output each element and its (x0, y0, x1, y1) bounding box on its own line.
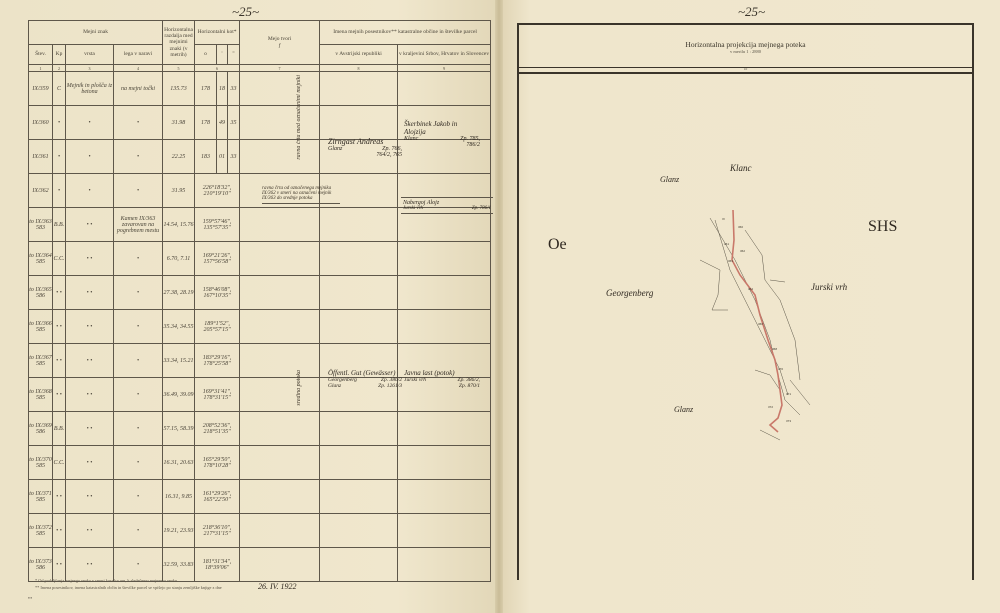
header-horiz-kot: Horizontalni kot* (195, 21, 240, 45)
cell-stev: to IX/363 583 (29, 208, 53, 242)
boundary-line (732, 210, 782, 432)
cell-sec: 35 (228, 106, 240, 140)
cell-mejo-tvori (240, 446, 320, 480)
col-index: 1 (29, 65, 53, 72)
cell-lega: Kamen IX/363 zavarovan na pogrebnem mest… (114, 208, 163, 242)
cell-dist: 33.34, 15.21 (163, 344, 195, 378)
svg-text:360: 360 (738, 225, 743, 229)
label-oe: Oe (548, 236, 567, 254)
cell-mejo-tvori (240, 72, 320, 106)
cell-kraljevina (398, 480, 491, 514)
cell-min: 18 (217, 72, 228, 106)
cell-angle: 208°52'36", 218°51'35" (195, 412, 240, 446)
cell-kraljevina (398, 242, 491, 276)
cell-lega: • (114, 446, 163, 480)
column-index-row: 1 2 3 4 5 6 7 8 9 (29, 65, 491, 72)
cell-dist: 31.95 (163, 174, 195, 208)
left-page-number: ~25~ (232, 4, 259, 20)
footnotes: * Od podaljšanja mejnega znaka v smeri k… (35, 578, 222, 592)
cell-angle: 181°31'34", 18°39'06" (195, 548, 240, 582)
cell-avstrija (320, 446, 398, 480)
cell-mejo-tvori (240, 310, 320, 344)
cell-vrsta: • • (66, 208, 114, 242)
cell-dist: 27.38, 28.19 (163, 276, 195, 310)
owner-name: Javna last (potok) (404, 369, 480, 377)
cell-dist: 36.49, 39.09 (163, 378, 195, 412)
cell-kp: C (53, 72, 66, 106)
mejo-tvori-text: sredina potoka (296, 370, 302, 406)
header-deg: o (195, 45, 217, 65)
cell-avstrija (320, 412, 398, 446)
header-lega: lega v naravi (114, 45, 163, 65)
cell-kraljevina (398, 72, 491, 106)
svg-text:370: 370 (778, 367, 783, 371)
cell-vrsta: • • (66, 344, 114, 378)
cell-stev: to IX/373 586 (29, 548, 53, 582)
cell-deg: 183 (195, 140, 217, 174)
cell-vrsta: • • (66, 548, 114, 582)
cell-kraljevina (398, 310, 491, 344)
owner-name: Öffentl. Gut (Gewässer) (328, 369, 402, 377)
svg-text:361: 361 (724, 242, 729, 246)
cell-dist: 32.59, 33.83 (163, 548, 195, 582)
col-index: 7 (240, 65, 320, 72)
cell-dist: 14.54, 15.76 (163, 208, 195, 242)
cell-sec: 33 (228, 140, 240, 174)
cell-lega: • (114, 514, 163, 548)
owner-parcels: Zp. 785, 786/2 (454, 136, 480, 148)
owner-name: Škerbinek Jakob in Alojzija (404, 120, 480, 136)
mejo-tvori-straight-line: ravna črta med označenimi mejniki (296, 75, 302, 175)
owner-parcels: Zp. 766, 764/2, 765 (374, 146, 402, 158)
projection-scale: v merilu 1 : 2880 (519, 49, 972, 54)
cell-angle: 169°21'26", 157°56'58" (195, 242, 240, 276)
table-row: to IX/373 586• •• ••32.59, 33.83181°31'3… (29, 548, 491, 582)
cell-angle: 158°46'08", 167°10'35" (195, 276, 240, 310)
cell-mejo-tvori (240, 140, 320, 174)
cell-kp: B.B. (53, 208, 66, 242)
cell-angle: 165°29'50", 178°10'28" (195, 446, 240, 480)
cell-vrsta: Mejnik in plošča iz betona (66, 72, 114, 106)
table-row: to IX/372 585• •• ••19.21, 23.93218°36'1… (29, 514, 491, 548)
header-mejni-znak: Mejni znak (29, 21, 163, 45)
cell-angle: 226°18'32", 210°19'10" (195, 174, 240, 208)
owner-parcels: Zp. 1261/3 (378, 383, 402, 389)
footnote: * Od podaljšanja mejnega znaka v smeri k… (35, 578, 222, 585)
owner-place: Jurski vrh (404, 377, 426, 389)
table-row: to IX/366 585• •• ••35.34, 34.55189°1'52… (29, 310, 491, 344)
cell-kp: • (53, 174, 66, 208)
svg-text:371: 371 (786, 392, 791, 396)
label-shs: SHS (868, 218, 897, 236)
cell-angle: 189°1'52", 205°57'15" (195, 310, 240, 344)
mejo-tvori-text: ravna črta med označenimi mejniki (296, 75, 302, 160)
col-index: 8 (320, 65, 398, 72)
header-min: ' (217, 45, 228, 65)
cell-kraljevina (398, 514, 491, 548)
cell-vrsta: • • (66, 276, 114, 310)
owner-avstrija-2: Öffentl. Gut (Gewässer) GeorgenbergZp. 3… (326, 367, 404, 391)
cell-dist: 31.98 (163, 106, 195, 140)
cell-kp: C.C. (53, 446, 66, 480)
cell-kp: • (53, 140, 66, 174)
cell-lega: • (114, 174, 163, 208)
owner-kraljevina-1: Škerbinek Jakob in Alojzija KlancZp. 785… (402, 118, 482, 150)
cell-stev: IX/362 (29, 174, 53, 208)
cell-stev: IX/359 (29, 72, 53, 106)
cell-stev: to IX/372 585 (29, 514, 53, 548)
col-index: 6 (195, 65, 240, 72)
table-row: to IX/364 585C.C.• ••6.70, 7.11169°21'26… (29, 242, 491, 276)
cell-kp: • • (53, 480, 66, 514)
cell-kraljevina (398, 548, 491, 582)
header-stev: Štev. (29, 45, 53, 65)
cell-lega: • (114, 106, 163, 140)
col-index: 3 (66, 65, 114, 72)
cell-kraljevina (398, 446, 491, 480)
cell-lega: • (114, 276, 163, 310)
label-georgenberg: Georgenberg (606, 288, 653, 298)
cell-vrsta: • • (66, 446, 114, 480)
cell-stev: IX/360 (29, 106, 53, 140)
cell-mejo-tvori (240, 548, 320, 582)
svg-text:IX: IX (722, 217, 725, 221)
cell-kraljevina (398, 276, 491, 310)
cell-stev: to IX/371 585 (29, 480, 53, 514)
header-avstrija: v Avstrijski republiki (320, 45, 398, 65)
cell-stev: to IX/364 585 (29, 242, 53, 276)
cell-lega: • (114, 412, 163, 446)
cell-kp: • • (53, 514, 66, 548)
cell-stev: to IX/365 586 (29, 276, 53, 310)
header-horiz-razdalja: Horizontalna razdalja med mejnimi znaki … (163, 21, 195, 65)
cell-kp: • (53, 106, 66, 140)
projection-title: Horizontalna projekcija mejnega poteka (519, 40, 972, 49)
cell-mejo-tvori (240, 480, 320, 514)
cell-kp: • • (53, 276, 66, 310)
table-row: IX/359CMejnik in plošča iz betonana mejn… (29, 72, 491, 106)
cell-vrsta: • • (66, 242, 114, 276)
cell-lega: • (114, 378, 163, 412)
header-mejo-tvori: Mejo tvorif (240, 21, 320, 65)
cell-mejo-tvori (240, 514, 320, 548)
cell-kp: • • (53, 344, 66, 378)
owner-name: Zirngast Andreas (328, 137, 402, 146)
book-gutter (495, 0, 503, 613)
cell-kp: B.B. (53, 412, 66, 446)
cell-angle: 159°57'46", 135°57'35" (195, 208, 240, 242)
col-index: 9 (398, 65, 491, 72)
cell-vrsta: • • (66, 378, 114, 412)
svg-text:364: 364 (748, 287, 753, 291)
table-row: to IX/370 585C.C.• ••16.31, 20.63165°29'… (29, 446, 491, 480)
boundary-ledger-table: Mejni znak Horizontalna razdalja med mej… (28, 20, 491, 582)
cell-kp: • • (53, 378, 66, 412)
cell-vrsta: • (66, 140, 114, 174)
cell-lega: • (114, 140, 163, 174)
cell-vrsta: • • (66, 412, 114, 446)
cell-sec: 33 (228, 72, 240, 106)
cell-stev: to IX/368 585 (29, 378, 53, 412)
cell-angle: 218°36'10", 217°31'15" (195, 514, 240, 548)
cell-dist: 6.70, 7.11 (163, 242, 195, 276)
owner-place: Klanc (404, 136, 418, 148)
label-glanz-top: Glanz (660, 175, 679, 184)
svg-text:373: 373 (786, 419, 791, 423)
cell-dist: 57.15, 58.39 (163, 412, 195, 446)
cell-lega: • (114, 310, 163, 344)
label-klanc: Klanc (730, 163, 752, 173)
owner-place: Glanz (328, 146, 342, 158)
cell-mejo-tvori (240, 276, 320, 310)
owner-parcels: Zp. 386/2, Zp. 870/1 (450, 377, 480, 389)
owner-avstrija-1: Zirngast Andreas GlanzZp. 766, 764/2, 76… (326, 135, 404, 160)
cell-vrsta: • (66, 106, 114, 140)
header-imena: Imena mejnih posestnikov** katastralne o… (320, 21, 491, 45)
cell-vrsta: • • (66, 514, 114, 548)
cell-mejo-tvori (240, 242, 320, 276)
table-row: to IX/369 586B.B.• ••57.15, 58.39208°52'… (29, 412, 491, 446)
col-index: 5 (163, 65, 195, 72)
col-index: 2 (53, 65, 66, 72)
mejo-tvori-stream: sredina potoka (296, 370, 302, 430)
cell-avstrija (320, 548, 398, 582)
cell-deg: 178 (195, 106, 217, 140)
owner-kraljevina-2: Nabergoj Alojz Jurski vrhZp. 786/1 (401, 197, 493, 214)
cell-avstrija (320, 72, 398, 106)
header-kp: Kp (53, 45, 66, 65)
cell-lega: • (114, 548, 163, 582)
cell-dist: 135.73 (163, 72, 195, 106)
owner-place: Glanz (328, 383, 341, 389)
cell-kraljevina (398, 412, 491, 446)
cell-dist: 16.31, 9.85 (163, 480, 195, 514)
cell-mejo-tvori (240, 106, 320, 140)
print-mark: ▪▪▪ (28, 595, 32, 600)
cell-avstrija (320, 310, 398, 344)
owner-kraljevina-3: Javna last (potok) Jurski vrhZp. 386/2, … (402, 367, 482, 391)
cell-lega: • (114, 344, 163, 378)
cell-dist: 19.21, 23.93 (163, 514, 195, 548)
right-page-number: ~25~ (738, 4, 765, 20)
cell-kp: • • (53, 548, 66, 582)
col-index: 4 (114, 65, 163, 72)
owner-parcels: Zp. 786/1 (472, 206, 491, 211)
cell-lega: na mejni točki (114, 72, 163, 106)
cell-vrsta: • (66, 174, 114, 208)
svg-text:366: 366 (758, 322, 763, 326)
cell-kp: C.C. (53, 242, 66, 276)
owner-place: Jurski vrh (403, 206, 423, 211)
cell-mejo-tvori (240, 412, 320, 446)
cell-stev: to IX/370 585 (29, 446, 53, 480)
record-date: 26. IV. 1922 (258, 582, 297, 591)
cell-avstrija (320, 242, 398, 276)
table-row: to IX/371 585• •• ••16.31, 9.85161°29'26… (29, 480, 491, 514)
cell-stev: to IX/369 586 (29, 412, 53, 446)
cell-vrsta: • • (66, 310, 114, 344)
cell-angle: 169°31'41", 178°31'15" (195, 378, 240, 412)
cell-stev: IX/361 (29, 140, 53, 174)
mejo-tvori-note: ravna črta od označenega mejnika IX/362 … (262, 186, 340, 204)
svg-text:363: 363 (728, 259, 733, 263)
projection-header: Horizontalna projekcija mejnega poteka v… (519, 25, 972, 68)
cell-avstrija (320, 480, 398, 514)
column-index: 10 (519, 67, 972, 74)
cell-kp: • • (53, 310, 66, 344)
cell-dist: 35.34, 34.55 (163, 310, 195, 344)
svg-text:362: 362 (740, 249, 745, 253)
cell-angle: 161°29'26", 165°22'50" (195, 480, 240, 514)
svg-text:372: 372 (768, 405, 773, 409)
cell-vrsta: • • (66, 480, 114, 514)
cell-stev: to IX/367 585 (29, 344, 53, 378)
cell-angle: 183°29'16", 178°25'58" (195, 344, 240, 378)
cell-min: 01 (217, 140, 228, 174)
header-kraljevina: v kraljevini Srbov, Hrvatov in Slovencev (398, 45, 491, 65)
cell-lega: • (114, 480, 163, 514)
cell-deg: 178 (195, 72, 217, 106)
cell-dist: 22.25 (163, 140, 195, 174)
cell-avstrija (320, 276, 398, 310)
svg-text:368: 368 (772, 347, 777, 351)
cell-dist: 16.31, 20.63 (163, 446, 195, 480)
header-sec: " (228, 45, 240, 65)
boundary-map-drawing: IX360361 362363364 366368370 371372373 (660, 200, 820, 450)
cell-mejo-tvori (240, 378, 320, 412)
cell-avstrija (320, 514, 398, 548)
cell-mejo-tvori (240, 208, 320, 242)
cell-stev: to IX/366 585 (29, 310, 53, 344)
cell-min: 49 (217, 106, 228, 140)
cell-lega: • (114, 242, 163, 276)
table-row: to IX/365 586• •• ••27.38, 28.19158°46'0… (29, 276, 491, 310)
cell-avstrija (320, 208, 398, 242)
header-vrsta: vrsta (66, 45, 114, 65)
footnote: ** Imena posestnikov, imena katastralnih… (35, 585, 222, 592)
cell-mejo-tvori (240, 344, 320, 378)
